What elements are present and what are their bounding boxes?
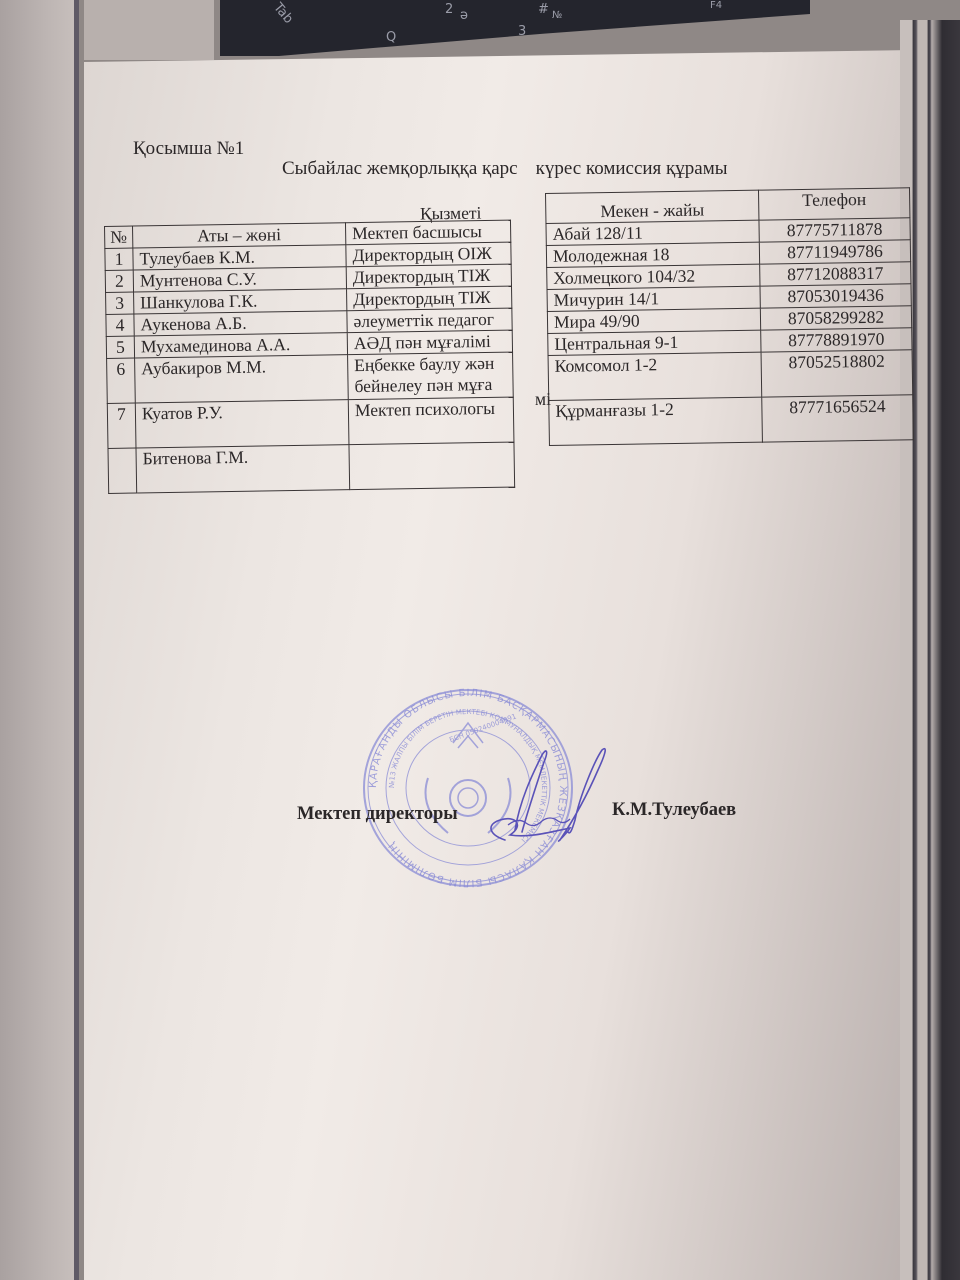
row-address: Құрманғазы 1-2 bbox=[549, 397, 763, 445]
row-phone: 87053019436 bbox=[760, 284, 911, 308]
row-address: Комсомол 1-2 bbox=[548, 352, 762, 400]
row-position: Директордың ОІЖ bbox=[346, 242, 511, 267]
position-line-1: Еңбекке баулу жән bbox=[354, 353, 512, 376]
table-row: 6 Аубакиров М.М. Еңбекке баулу жән бейне… bbox=[107, 352, 514, 403]
position-line-2: бейнелеу пән мұға bbox=[354, 374, 512, 397]
row-position: Директордың ТІЖ bbox=[346, 264, 511, 289]
row-phone: 87711949786 bbox=[759, 240, 910, 264]
signatory-name: К.М.Тулеубаев bbox=[612, 800, 736, 821]
row-no: 2 bbox=[105, 270, 133, 292]
table-row: Битенова Г.М. bbox=[108, 442, 515, 493]
row-name: Куатов Р.У. bbox=[135, 400, 349, 448]
table-row: 7 Куатов Р.У. Мектеп психологы bbox=[107, 397, 514, 448]
row-phone: 87778891970 bbox=[761, 328, 912, 352]
row-no: 7 bbox=[107, 403, 136, 448]
row-phone: 87771656524 bbox=[762, 395, 914, 442]
signature-label: Мектеп директоры bbox=[297, 804, 458, 825]
commission-table-right: Мекен - жайы Телефон Абай 128/11 8777571… bbox=[545, 187, 914, 446]
header-phone: Телефон bbox=[758, 188, 909, 220]
row-position: Директордың ТІЖ bbox=[347, 286, 512, 311]
document-content: Қосымша №1 Сыбайлас жемқорлыққа қарскүре… bbox=[0, 0, 960, 1280]
position-cell: Мектеп басшысы bbox=[345, 220, 510, 245]
document-title: Сыбайлас жемқорлыққа қарскүрес комиссия … bbox=[282, 158, 728, 180]
row-no: 6 bbox=[107, 358, 136, 403]
row-no: 5 bbox=[106, 336, 134, 358]
row-position-empty bbox=[349, 442, 515, 490]
row-no: 1 bbox=[105, 248, 133, 270]
handwritten-signature bbox=[470, 740, 620, 850]
commission-table-left: № Аты – жөні Мектеп басшысы 1 Тулеубаев … bbox=[104, 220, 515, 494]
row-phone: 87775711878 bbox=[759, 218, 910, 242]
header-address: Мекен - жайы bbox=[546, 190, 759, 223]
title-part-2: күрес комиссия құрамы bbox=[536, 158, 728, 179]
row-position: әлеуметтік педагог bbox=[347, 308, 512, 333]
row-no: 3 bbox=[106, 292, 134, 314]
row-phone: 87058299282 bbox=[760, 306, 911, 330]
header-no: № bbox=[105, 226, 133, 248]
row-position: Мектеп психологы bbox=[348, 397, 514, 445]
row-name: Аубакиров М.М. bbox=[135, 355, 349, 403]
row-phone: 87052518802 bbox=[761, 350, 913, 397]
table-row: Комсомол 1-2 87052518802 bbox=[548, 350, 913, 401]
row-position: АӘД пән мұғалімі bbox=[347, 330, 512, 355]
row-no bbox=[108, 448, 137, 493]
title-part-1: Сыбайлас жемқорлыққа қарс bbox=[282, 158, 518, 179]
row-phone: 87712088317 bbox=[760, 262, 911, 286]
table-row: Құрманғазы 1-2 87771656524 bbox=[549, 395, 914, 446]
annex-label: Қосымша №1 bbox=[133, 138, 244, 160]
row-no: 4 bbox=[106, 314, 134, 336]
row-name: Битенова Г.М. bbox=[136, 445, 350, 493]
row-position: Еңбекке баулу жән бейнелеу пән мұға bbox=[348, 352, 514, 400]
